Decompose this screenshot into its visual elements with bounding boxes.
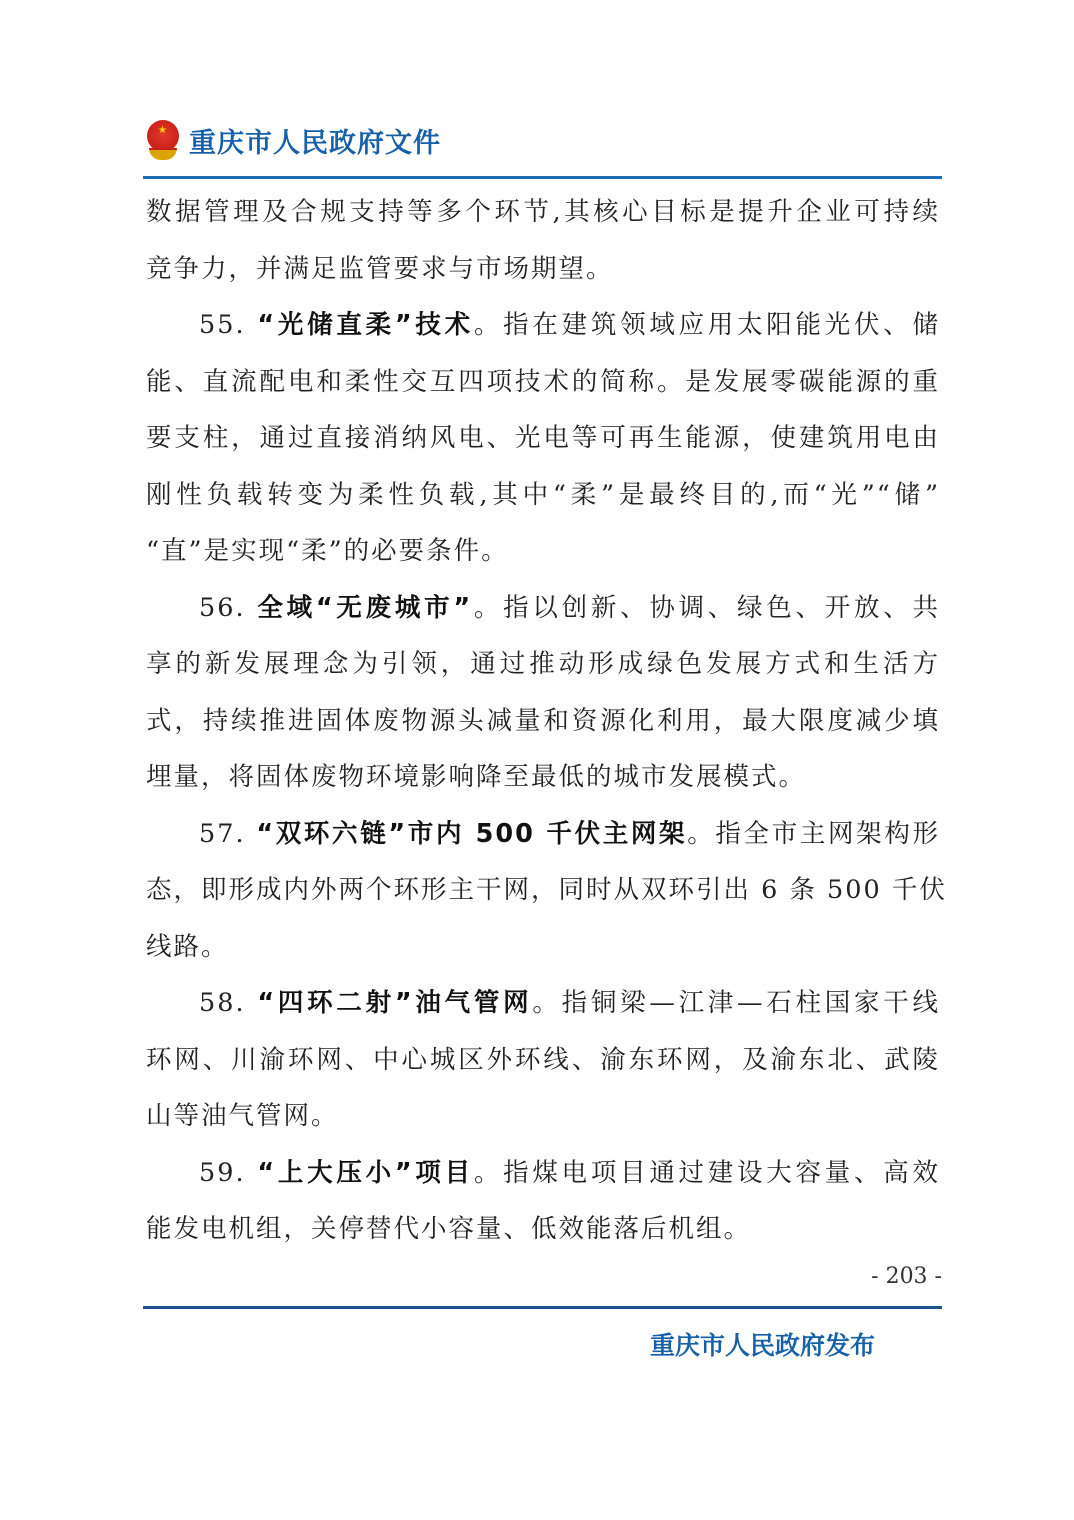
text-line: “直”是实现“柔”的必要条件。	[146, 523, 940, 580]
item-number: 57.	[199, 819, 246, 849]
paragraph-continuation: 数据管理及合规支持等多个环节,其核心目标是提升企业可持续 竞争力，并满足监管要求…	[146, 184, 940, 297]
item-text: 。指在建筑领域应用太阳能光伏、储	[474, 310, 940, 340]
item-first-line: 56. 全域“无废城市”。指以创新、协调、绿色、开放、共	[146, 580, 940, 637]
header-title: 重庆市人民政府文件	[189, 121, 441, 160]
text-line: 环网、川渝环网、中心城区外环线、渝东环网，及渝东北、武陵	[146, 1032, 940, 1089]
text-line: 线路。	[146, 919, 940, 976]
paragraph-item-56: 56. 全域“无废城市”。指以创新、协调、绿色、开放、共 享的新发展理念为引领，…	[146, 580, 940, 806]
paragraph-item-55: 55. “光储直柔”技术。指在建筑领域应用太阳能光伏、储 能、直流配电和柔性交互…	[146, 297, 940, 580]
text-line: 山等油气管网。	[146, 1088, 940, 1145]
document-body: 数据管理及合规支持等多个环节,其核心目标是提升企业可持续 竞争力，并满足监管要求…	[146, 184, 940, 1258]
text-line: 埋量，将固体废物环境影响降至最低的城市发展模式。	[146, 749, 940, 806]
item-text: 。指煤电项目通过建设大容量、高效	[474, 1158, 940, 1188]
paragraph-item-59: 59. “上大压小”项目。指煤电项目通过建设大容量、高效 能发电机组，关停替代小…	[146, 1145, 940, 1258]
item-number: 58.	[199, 988, 246, 1018]
footer-divider	[143, 1306, 942, 1309]
item-text: 。指以创新、协调、绿色、开放、共	[472, 593, 940, 623]
item-first-line: 58. “四环二射”油气管网。指铜梁—江津—石柱国家干线	[146, 975, 940, 1032]
header-divider	[143, 176, 942, 179]
text-line: 要支柱，通过直接消纳风电、光电等可再生能源，使建筑用电由	[146, 410, 940, 467]
text-line: 竞争力，并满足监管要求与市场期望。	[146, 241, 940, 298]
national-emblem-icon: ★	[143, 118, 183, 162]
text-line: 能、直流配电和柔性交互四项技术的简称。是发展零碳能源的重	[146, 354, 940, 411]
publisher-label: 重庆市人民政府发布	[650, 1326, 875, 1362]
item-number: 55.	[199, 310, 246, 340]
item-term: “四环二射”油气管网	[257, 988, 532, 1018]
item-term: “双环六链”市内 500 千伏主网架	[256, 819, 687, 849]
paragraph-item-58: 58. “四环二射”油气管网。指铜梁—江津—石柱国家干线 环网、川渝环网、中心城…	[146, 975, 940, 1145]
text-line: 刚性负载转变为柔性负载,其中“柔”是最终目的,而“光”“储”	[146, 467, 940, 524]
text-line: 享的新发展理念为引领，通过推动形成绿色发展方式和生活方	[146, 636, 940, 693]
item-first-line: 57. “双环六链”市内 500 千伏主网架。指全市主网架构形	[146, 806, 940, 863]
item-text: 。指全市主网架构形	[687, 819, 940, 849]
text-line: 式，持续推进固体废物源头减量和资源化利用，最大限度减少填	[146, 693, 940, 750]
document-header: ★ 重庆市人民政府文件	[143, 118, 441, 162]
item-term: “上大压小”项目	[257, 1158, 473, 1188]
text-line: 数据管理及合规支持等多个环节,其核心目标是提升企业可持续	[146, 184, 940, 241]
item-term: 全域“无废城市”	[257, 593, 472, 623]
item-number: 56.	[199, 593, 246, 623]
item-term: “光储直柔”技术	[257, 310, 473, 340]
text-line: 能发电机组，关停替代小容量、低效能落后机组。	[146, 1201, 940, 1258]
item-first-line: 59. “上大压小”项目。指煤电项目通过建设大容量、高效	[146, 1145, 940, 1202]
item-text: 。指铜梁—江津—石柱国家干线	[532, 988, 940, 1018]
item-first-line: 55. “光储直柔”技术。指在建筑领域应用太阳能光伏、储	[146, 297, 940, 354]
item-number: 59.	[199, 1158, 246, 1188]
page-number: - 203 -	[830, 1264, 942, 1289]
paragraph-item-57: 57. “双环六链”市内 500 千伏主网架。指全市主网架构形 态，即形成内外两…	[146, 806, 940, 976]
text-line: 态，即形成内外两个环形主干网，同时从双环引出 6 条 500 千伏	[146, 862, 940, 919]
